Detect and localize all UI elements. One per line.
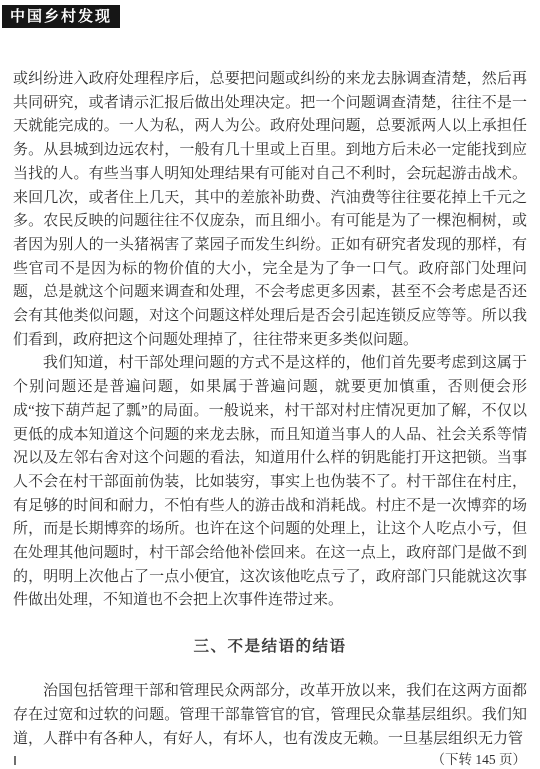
- continuation-note: （下转 145 页）: [13, 751, 527, 769]
- section-heading: 三、不是结语的结语: [13, 635, 527, 659]
- paragraph: 治国包括管理干部和管理民众两部分，改革开放以来，我们在这两方面都存在过宽和过软的…: [13, 680, 527, 751]
- article-body: 或纠纷进入政府处理程序后，总要把问题或纠纷的来龙去脉调查清楚，然后再共同研究，或…: [13, 68, 527, 769]
- paragraph: 我们知道，村干部处理问题的方式不是这样的，他们首先要考虑到这属于个别问题还是普遍…: [13, 352, 527, 613]
- masthead-banner: 中国乡村发现: [2, 5, 120, 28]
- masthead-title: 中国乡村发现: [10, 8, 112, 25]
- document-page: 中国乡村发现 或纠纷进入政府处理程序后，总要把问题或纠纷的来龙去脉调查清楚，然后…: [0, 0, 540, 769]
- paragraph-continuation: 或纠纷进入政府处理程序后，总要把问题或纠纷的来龙去脉调查清楚，然后再共同研究，或…: [13, 68, 527, 352]
- scan-artifact: [14, 756, 16, 765]
